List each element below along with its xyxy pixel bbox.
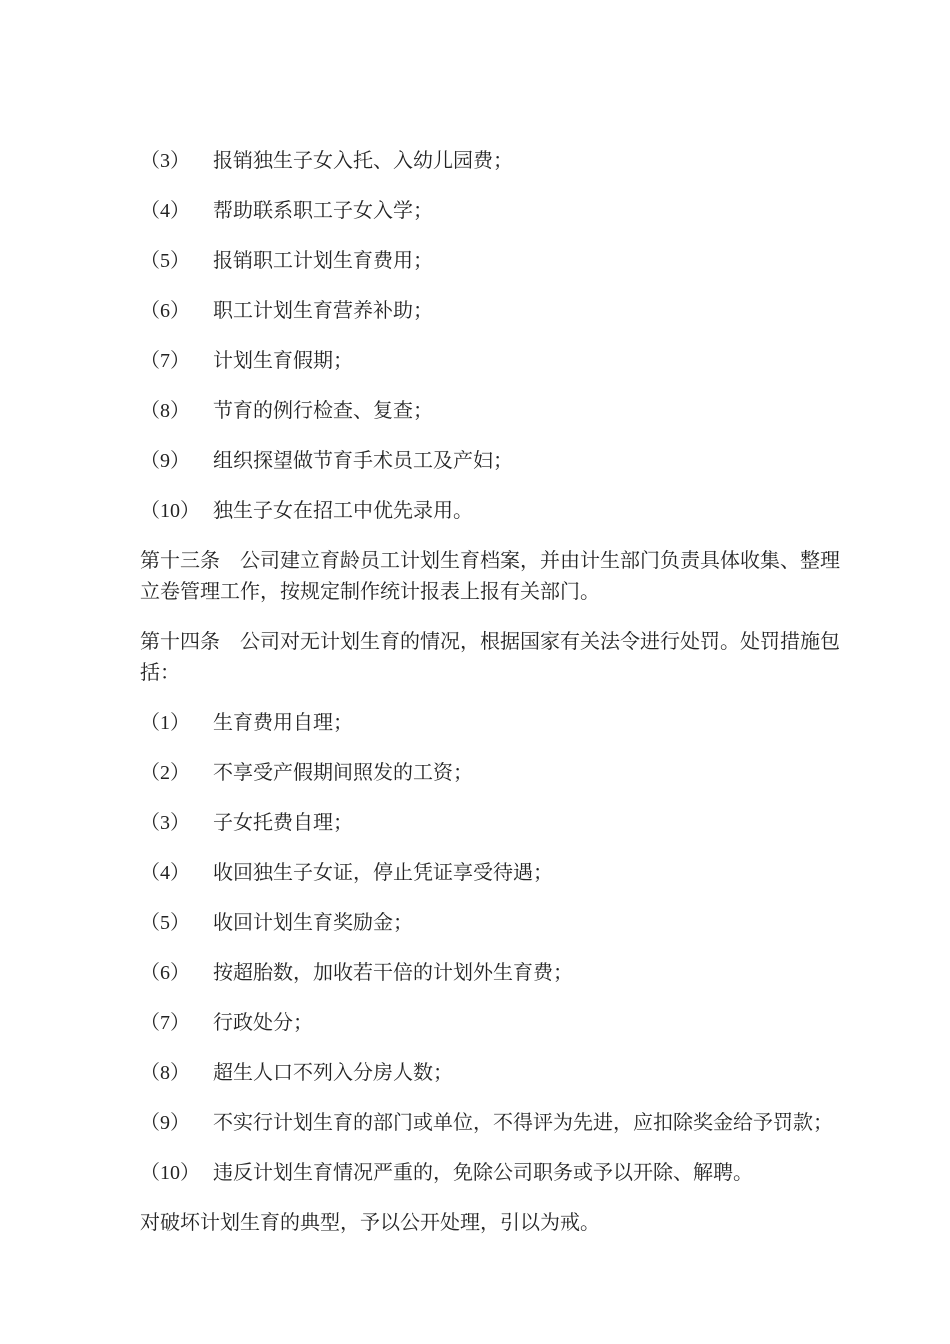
item-text: 子女托费自理；	[213, 812, 353, 834]
item-number: （7）	[140, 346, 213, 377]
item-number: （7）	[140, 1008, 213, 1039]
penalty-item: （6）按超胎数，加收若干倍的计划外生育费；	[140, 958, 840, 989]
closing-paragraph: 对破坏计划生育的典型，予以公开处理，引以为戒。	[140, 1208, 840, 1239]
item-number: （8）	[140, 396, 213, 427]
item-number: （4）	[140, 858, 213, 889]
penalty-item: （7）行政处分；	[140, 1008, 840, 1039]
item-text: 组织探望做节育手术员工及产妇；	[213, 450, 513, 472]
item-text: 超生人口不列入分房人数；	[213, 1062, 453, 1084]
item-text: 节育的例行检查、复查；	[213, 400, 433, 422]
benefit-item: （10）独生子女在招工中优先录用。	[140, 496, 840, 527]
penalty-item: （2）不享受产假期间照发的工资；	[140, 758, 840, 789]
item-text: 不享受产假期间照发的工资；	[213, 762, 473, 784]
item-number: （10）	[140, 1158, 213, 1189]
item-text: 报销独生子女入托、入幼儿园费；	[213, 150, 513, 172]
article-14-text: 公司对无计划生育的情况，根据国家有关法令进行处罚。处罚措施包括：	[140, 631, 840, 684]
item-number: （8）	[140, 1058, 213, 1089]
item-text: 行政处分；	[213, 1012, 313, 1034]
benefit-item: （3）报销独生子女入托、入幼儿园费；	[140, 146, 840, 177]
item-number: （10）	[140, 496, 213, 527]
article-13-label: 第十三条	[140, 550, 240, 572]
benefit-item: （7）计划生育假期；	[140, 346, 840, 377]
item-number: （1）	[140, 708, 213, 739]
penalty-item: （4）收回独生子女证，停止凭证享受待遇；	[140, 858, 840, 889]
penalty-item: （9）不实行计划生育的部门或单位，不得评为先进，应扣除奖金给予罚款；	[140, 1108, 840, 1139]
benefit-item: （5）报销职工计划生育费用；	[140, 246, 840, 277]
penalty-item: （8）超生人口不列入分房人数；	[140, 1058, 840, 1089]
penalty-item: （3）子女托费自理；	[140, 808, 840, 839]
item-text: 违反计划生育情况严重的，免除公司职务或予以开除、解聘。	[213, 1162, 753, 1184]
item-text: 帮助联系职工子女入学；	[213, 200, 433, 222]
article-14-paragraph: 第十四条公司对无计划生育的情况，根据国家有关法令进行处罚。处罚措施包括：	[140, 627, 840, 689]
item-number: （3）	[140, 146, 213, 177]
penalty-item: （1）生育费用自理；	[140, 708, 840, 739]
item-text: 生育费用自理；	[213, 712, 353, 734]
item-number: （3）	[140, 808, 213, 839]
benefit-item: （6）职工计划生育营养补助；	[140, 296, 840, 327]
article-14-label: 第十四条	[140, 631, 240, 653]
item-text: 职工计划生育营养补助；	[213, 300, 433, 322]
benefit-item: （8）节育的例行检查、复查；	[140, 396, 840, 427]
item-number: （9）	[140, 1108, 213, 1139]
penalty-item: （5）收回计划生育奖励金；	[140, 908, 840, 939]
item-number: （5）	[140, 246, 213, 277]
item-number: （4）	[140, 196, 213, 227]
article-13-text: 公司建立育龄员工计划生育档案，并由计生部门负责具体收集、整理立卷管理工作，按规定…	[140, 550, 840, 603]
item-text: 收回独生子女证，停止凭证享受待遇；	[213, 862, 553, 884]
penalty-item: （10）违反计划生育情况严重的，免除公司职务或予以开除、解聘。	[140, 1158, 840, 1189]
benefit-item: （9）组织探望做节育手术员工及产妇；	[140, 446, 840, 477]
item-number: （5）	[140, 908, 213, 939]
item-number: （9）	[140, 446, 213, 477]
item-number: （2）	[140, 758, 213, 789]
item-number: （6）	[140, 958, 213, 989]
item-text: 按超胎数，加收若干倍的计划外生育费；	[213, 962, 573, 984]
document-page: （3）报销独生子女入托、入幼儿园费； （4）帮助联系职工子女入学； （5）报销职…	[0, 0, 950, 1344]
item-text: 不实行计划生育的部门或单位，不得评为先进，应扣除奖金给予罚款；	[213, 1112, 833, 1134]
item-text: 报销职工计划生育费用；	[213, 250, 433, 272]
item-text: 计划生育假期；	[213, 350, 353, 372]
item-text: 收回计划生育奖励金；	[213, 912, 413, 934]
article-13-paragraph: 第十三条公司建立育龄员工计划生育档案，并由计生部门负责具体收集、整理立卷管理工作…	[140, 546, 840, 608]
item-text: 独生子女在招工中优先录用。	[213, 500, 473, 522]
benefit-item: （4）帮助联系职工子女入学；	[140, 196, 840, 227]
item-number: （6）	[140, 296, 213, 327]
